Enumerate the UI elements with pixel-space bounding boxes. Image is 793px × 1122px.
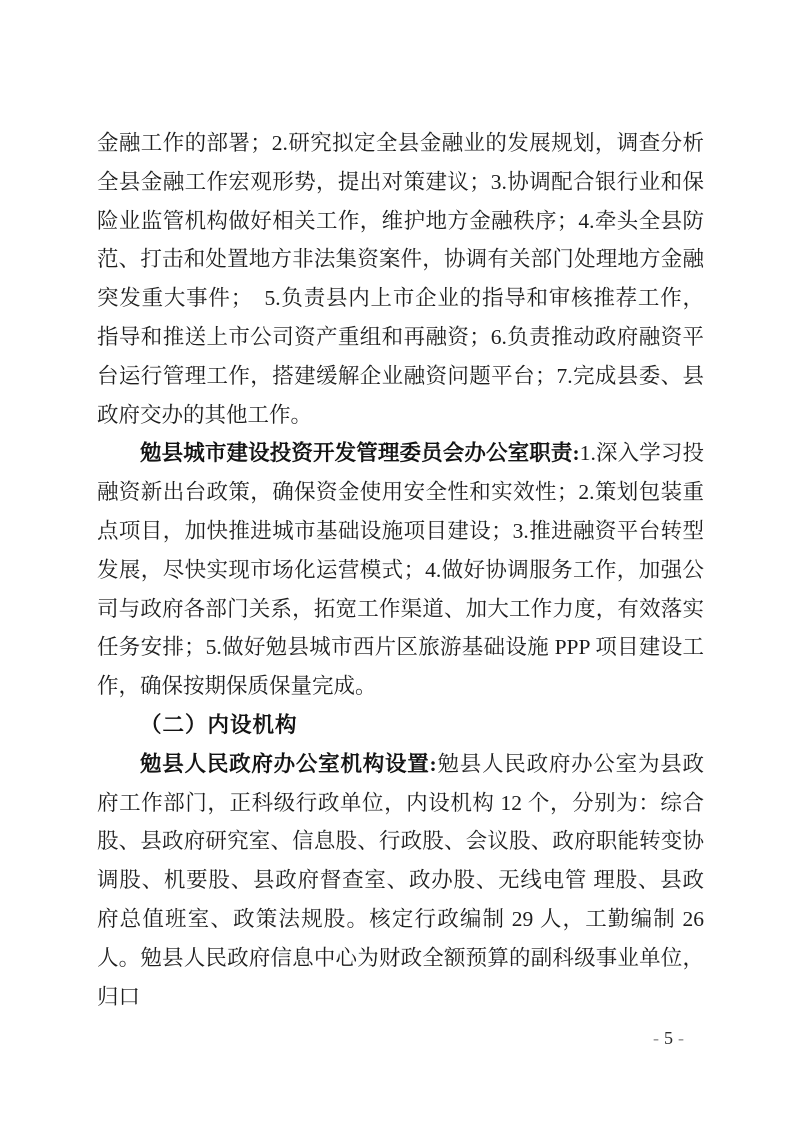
paragraph-city-investment-office-duties: 勉县城市建设投资开发管理委员会办公室职责:1.深入学习投融资新出台政策，确保资金… (97, 434, 704, 706)
footer-dash-right: - (678, 1028, 684, 1048)
paragraph-lead-bold: 勉县城市建设投资开发管理委员会办公室职责: (140, 441, 580, 465)
page-number: 5 (664, 1028, 673, 1048)
section-heading-text: （二）内设机构 (140, 713, 298, 737)
paragraph-text: 1.深入学习投融资新出台政策，确保资金使用安全性和实效性；2.策划包装重点项目，… (97, 441, 704, 698)
paragraph-text: 勉县人民政府办公室为县政府工作部门，正科级行政单位，内设机构 12 个，分别为：… (97, 752, 704, 1009)
paragraph-lead-bold: 勉县人民政府办公室机构设置: (140, 752, 437, 776)
paragraph-text: 金融工作的部署；2.研究拟定全县金融业的发展规划，调查分析全县金融工作宏观形势，… (97, 131, 704, 427)
section-heading-internal-organizations: （二）内设机构 (97, 706, 704, 745)
footer-dash-left: - (653, 1028, 659, 1048)
document-body: 金融工作的部署；2.研究拟定全县金融业的发展规划，调查分析全县金融工作宏观形势，… (97, 124, 704, 1016)
paragraph-finance-duties-continued: 金融工作的部署；2.研究拟定全县金融业的发展规划，调查分析全县金融工作宏观形势，… (97, 124, 704, 434)
page-footer: -5- (648, 1026, 689, 1050)
paragraph-government-office-structure: 勉县人民政府办公室机构设置:勉县人民政府办公室为县政府工作部门，正科级行政单位，… (97, 745, 704, 1017)
document-page: 金融工作的部署；2.研究拟定全县金融业的发展规划，调查分析全县金融工作宏观形势，… (0, 0, 793, 1122)
